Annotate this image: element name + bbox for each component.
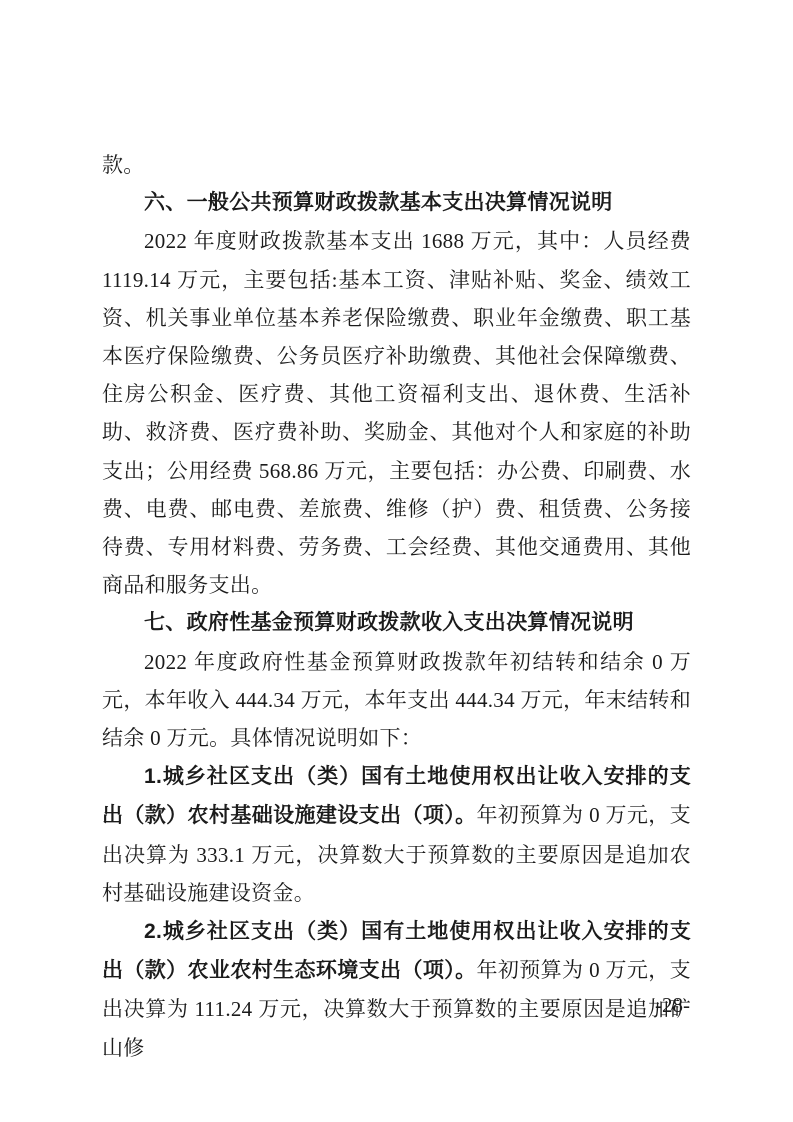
paragraph-section-7: 2022 年度政府性基金预算财政拨款年初结转和结余 0 万元，本年收入 444.… xyxy=(102,643,691,758)
document-content: 款。 六、一般公共预算财政拨款基本支出决算情况说明 2022 年度财政拨款基本支… xyxy=(102,146,691,1067)
paragraph-item-2: 2.城乡社区支出（类）国有土地使用权出让收入安排的支出（款）农业农村生态环境支出… xyxy=(102,912,691,1067)
heading-section-6: 六、一般公共预算财政拨款基本支出决算情况说明 xyxy=(102,184,691,222)
paragraph-item-1: 1.城乡社区支出（类）国有土地使用权出让收入安排的支出（款）农村基础设施建设支出… xyxy=(102,757,691,912)
page-number: -28- xyxy=(655,991,690,1019)
document-page: 款。 六、一般公共预算财政拨款基本支出决算情况说明 2022 年度财政拨款基本支… xyxy=(0,0,793,1122)
heading-section-7: 七、政府性基金预算财政拨款收入支出决算情况说明 xyxy=(102,604,691,642)
paragraph-section-6: 2022 年度财政拨款基本支出 1688 万元，其中：人员经费 1119.14 … xyxy=(102,222,691,604)
paragraph-continuation: 款。 xyxy=(102,146,691,184)
